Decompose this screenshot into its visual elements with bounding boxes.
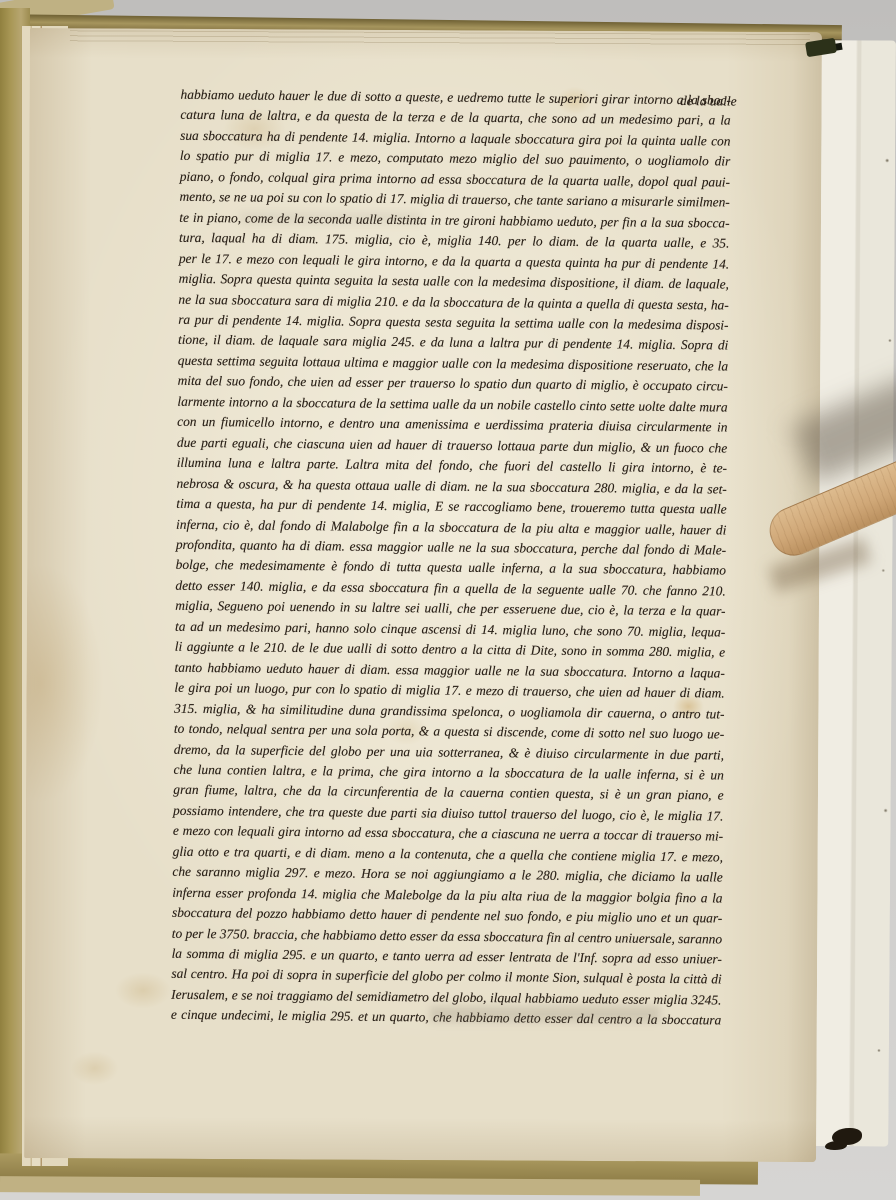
- text-block: habbiamo ueduto hauer le due di sotto a …: [180, 85, 764, 113]
- book-page: habbiamo ueduto hauer le due di sotto a …: [24, 28, 822, 1162]
- text-lines: habbiamo ueduto hauer le due di sotto a …: [171, 85, 731, 1032]
- ink-smudge: [430, 1006, 660, 1022]
- ink-smudge-faint: [240, 212, 420, 224]
- book-cover-bottom-highlight: [0, 1176, 700, 1196]
- page-top-edge-lines: [70, 30, 810, 47]
- photograph-of-open-book: habbiamo ueduto hauer le due di sotto a …: [0, 0, 896, 1200]
